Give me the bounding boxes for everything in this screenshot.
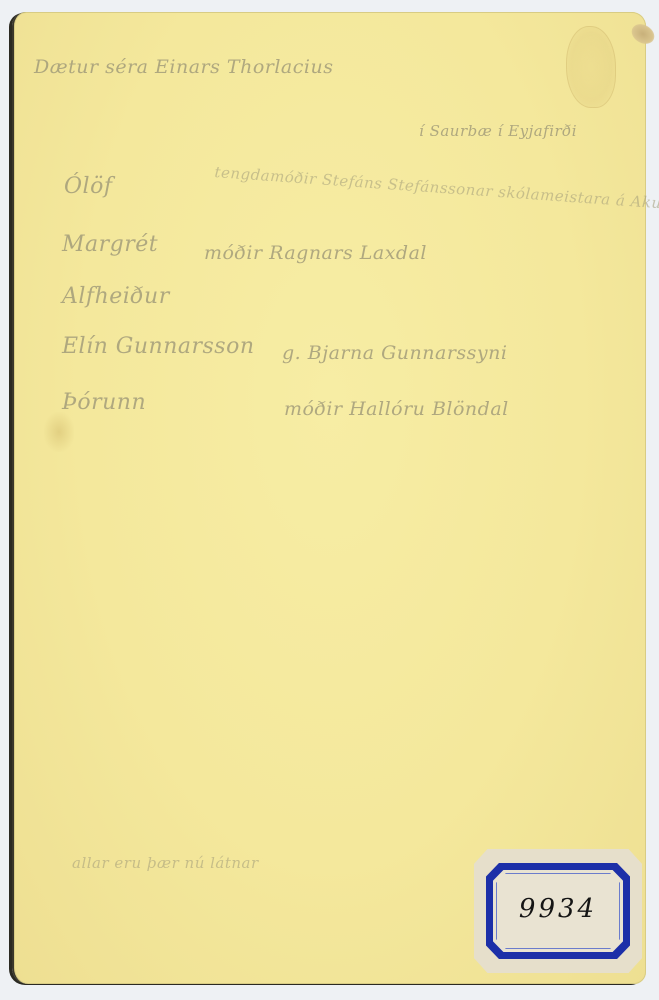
entry-name-5: Þórunn [62,390,146,415]
entry-name-3: Alfheiður [62,284,170,309]
catalog-number: 9934 [493,894,623,924]
entry-note-4: g. Bjarna Gunnarssyni [282,342,507,364]
photo-card-back: Dætur séra Einars Thorlacius í Saurbæ í … [12,12,646,984]
entry-name-2: Margrét [62,232,158,257]
heading-line-1: Dætur séra Einars Thorlacius [34,56,333,78]
entry-name-4: Elín Gunnarsson [62,334,255,359]
water-stain [566,26,616,108]
label-frame: 9934 [486,863,630,959]
catalog-label: 9934 [474,849,642,973]
entry-note-5: móðir Hallóru Blöndal [284,398,509,420]
heading-line-2: í Saurbæ í Eyjafirði [419,122,577,140]
left-stain [44,412,74,452]
label-inner: 9934 [493,870,623,952]
entry-note-1: tengdamóðir Stefáns Stefánssonar skólame… [214,163,659,215]
scan-background: Dætur séra Einars Thorlacius í Saurbæ í … [0,0,659,1000]
entry-name-1: Ólöf [64,174,112,199]
footer-note: allar eru þær nú látnar [72,854,259,872]
entry-note-2: móðir Ragnars Laxdal [204,242,427,264]
corner-wear [628,20,658,48]
